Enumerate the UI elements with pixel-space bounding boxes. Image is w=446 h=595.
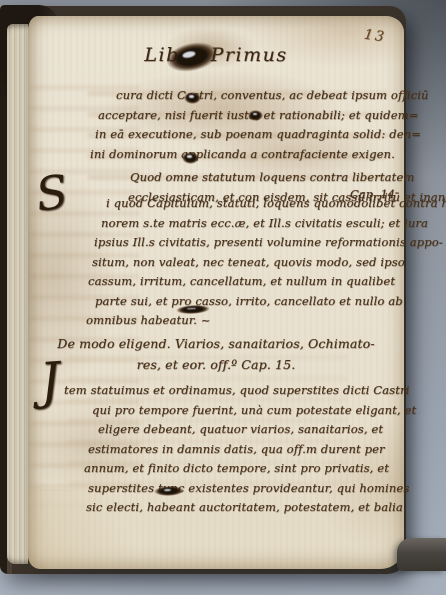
manuscript-line: estimatores in damnis datis, qua off.m d…	[88, 440, 416, 460]
manuscript-line: omnibus habeatur. ~	[86, 311, 446, 331]
chapter-heading: De modo eligend. Viarios, sanaitarios, O…	[28, 333, 404, 375]
paragraph: i quod Capitulum, statuti, loquens quomo…	[86, 194, 446, 331]
manuscript-line: cura dicti Castri, conventus, ac debeat …	[116, 86, 429, 106]
manuscript-line: cassum, irritum, cancellatum, et nullum …	[88, 272, 446, 292]
manuscript-line: annum, et finito dicto tempore, sint pro…	[84, 459, 416, 479]
manuscript-line: i quod Capitulum, statuti, loquens quomo…	[106, 194, 446, 214]
photo-background: 13 Liber Primus cura dicti Castri, conve…	[0, 0, 446, 595]
page-stack-edges	[7, 24, 28, 564]
manuscript-line: superstites tunc existentes provideantur…	[88, 479, 416, 499]
manuscript-line: tem statuimus et ordinamus, quod superst…	[64, 381, 416, 401]
manuscript-line: qui pro tempore fuerint, unà cum potesta…	[92, 401, 416, 421]
manuscript-line: sic electi, habeant auctoritatem, potest…	[86, 498, 416, 518]
manuscript-line: parte sui, et pro casso, irrito, cancell…	[95, 292, 446, 312]
manuscript-line: acceptare, nisi fuerit iusta, et rationa…	[98, 106, 429, 126]
manuscript-line: ipsius Ill.s civitatis, presenti volumin…	[94, 233, 446, 253]
manuscript-line: ini dominorum applicanda a contrafacient…	[90, 145, 429, 165]
manuscript-page: 13 Liber Primus cura dicti Castri, conve…	[28, 16, 404, 569]
book-cover-corner	[397, 538, 446, 571]
initial-letter-s: S	[32, 164, 71, 222]
manuscript-line: eligere debeant, quatuor viarios, sanait…	[98, 420, 416, 440]
manuscript-line: in eā executione, sub poenam quadraginta…	[95, 125, 429, 145]
ink-blot	[184, 92, 201, 104]
ink-blot	[182, 152, 199, 164]
heading-line: De modo eligend. Viarios, sanaitarios, O…	[28, 333, 404, 354]
paragraph: tem statuimus et ordinamus, quod superst…	[58, 381, 416, 518]
manuscript-line: norem s.te matris ecc.æ, et Ill.s civita…	[101, 214, 446, 234]
manuscript-line: situm, non valeat, nec teneat, quovis mo…	[92, 253, 446, 273]
ink-blot	[248, 110, 263, 121]
manuscript-line: Quod omne statutum loquens contra libert…	[130, 168, 446, 188]
heading-line: res, et eor. off.º Cap. 15.	[28, 354, 404, 375]
folio-number: 13	[363, 27, 387, 46]
paragraph: cura dicti Castri, conventus, ac debeat …	[90, 86, 429, 164]
